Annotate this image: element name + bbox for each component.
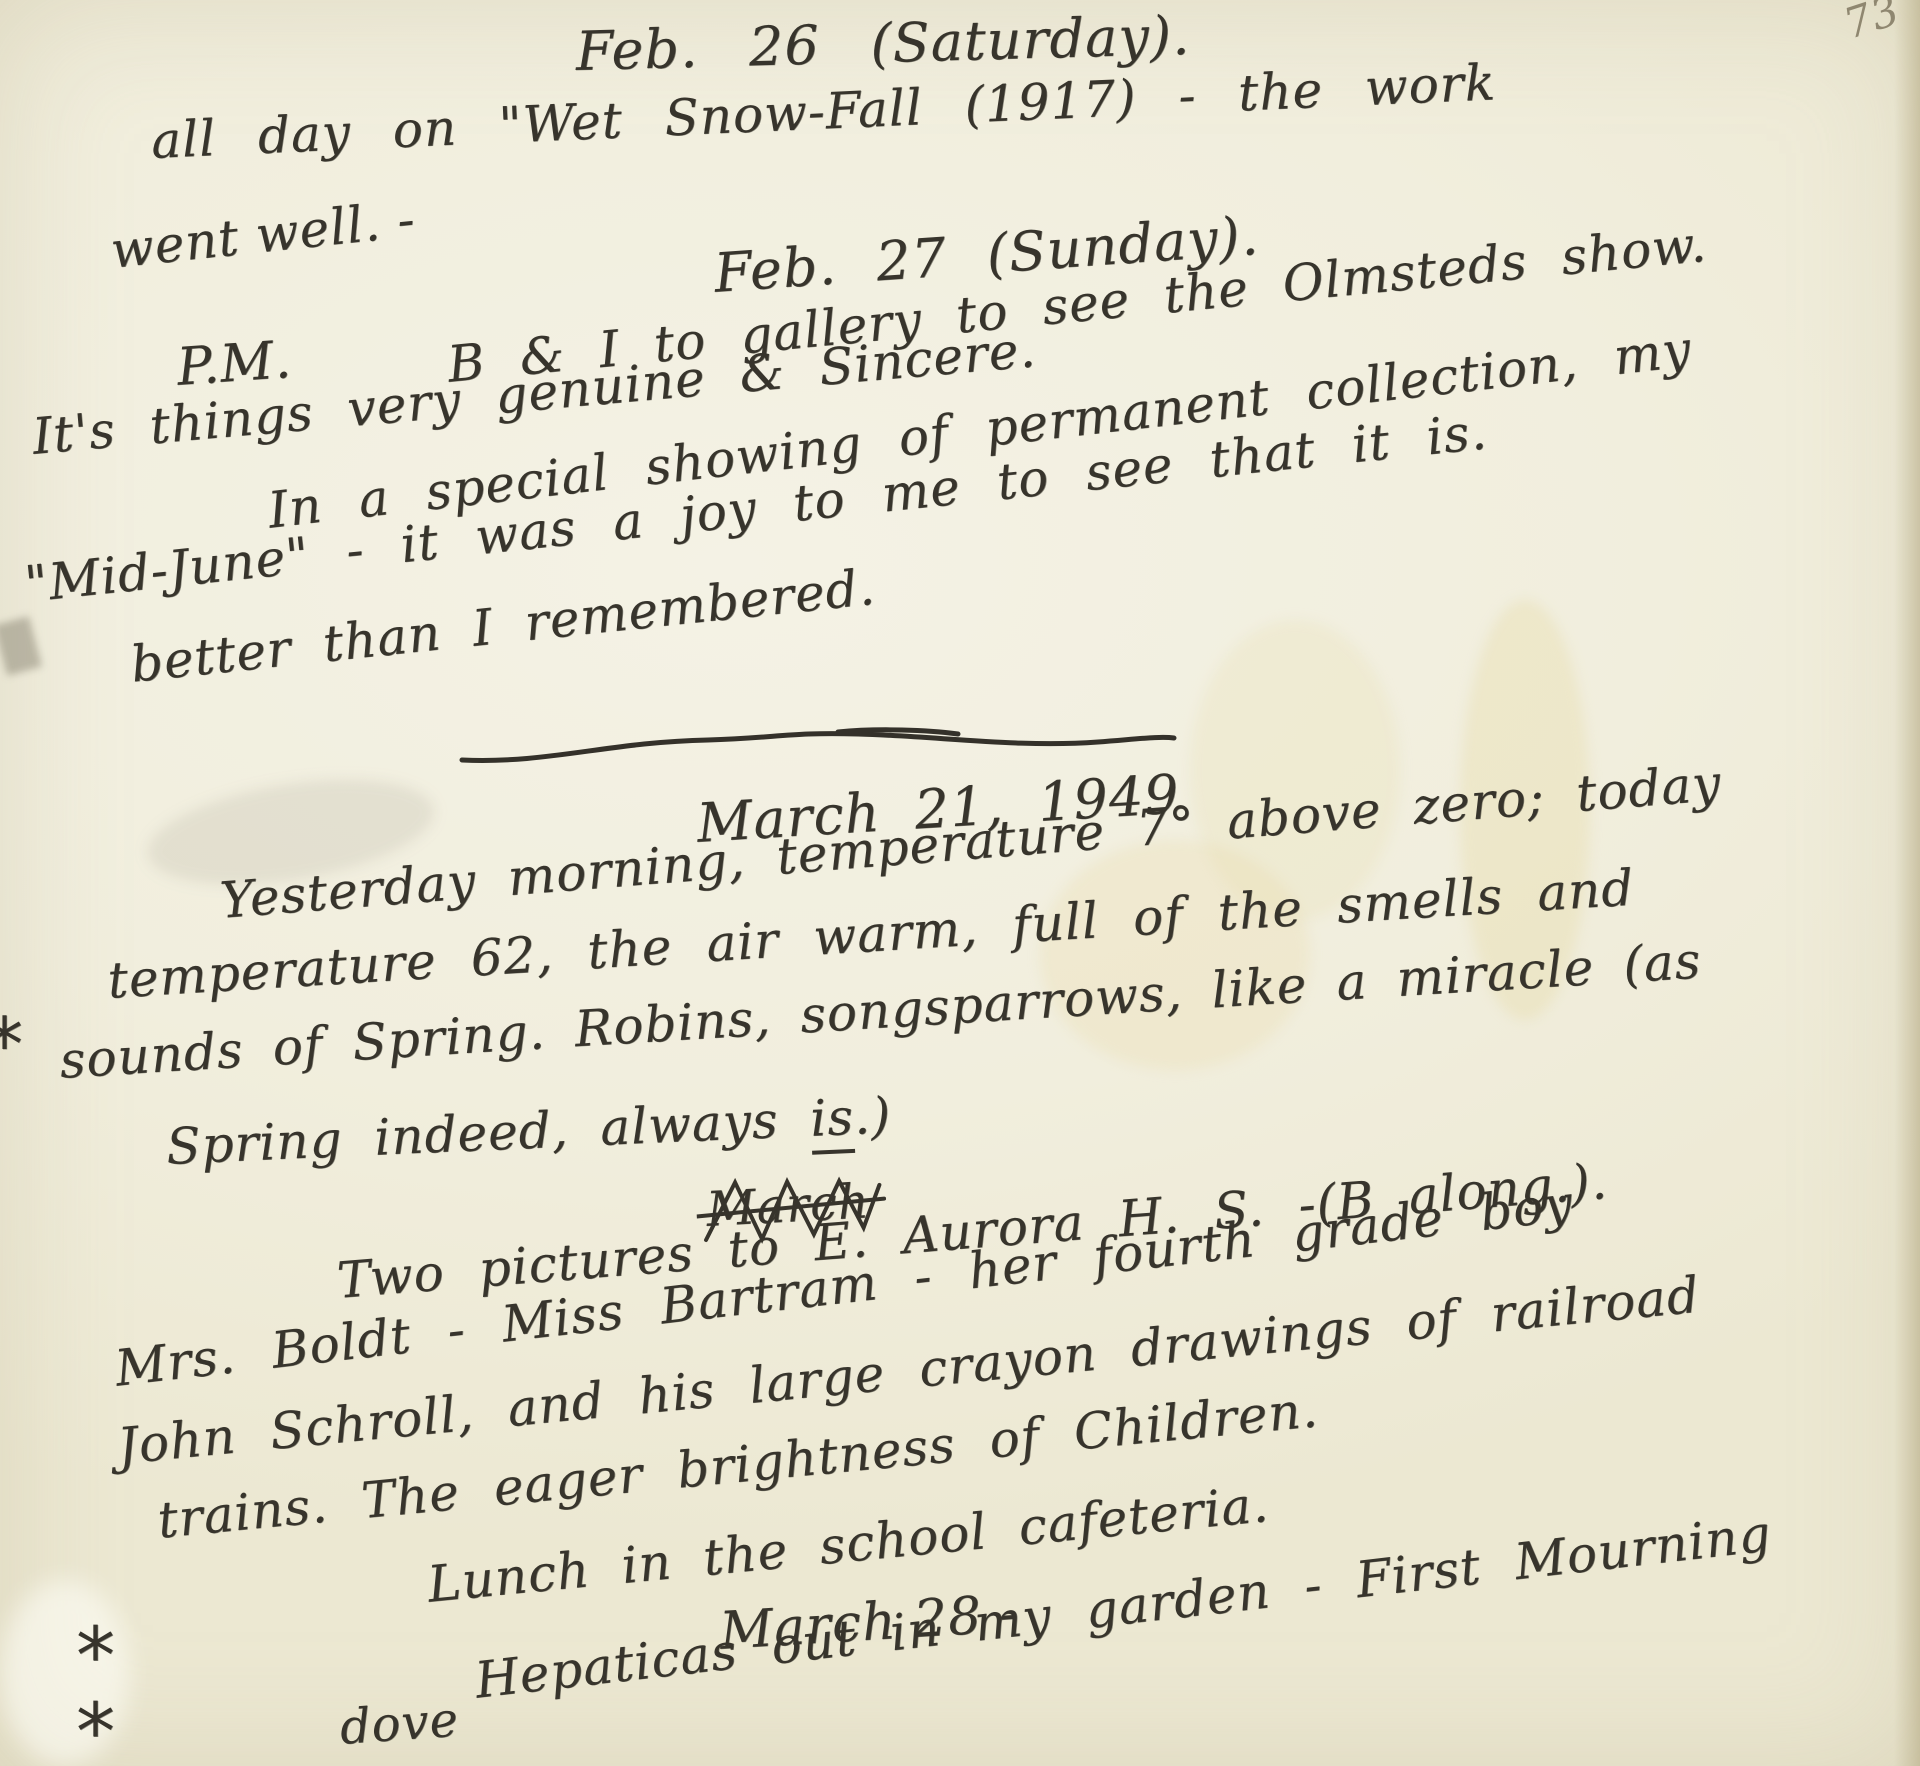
line-spring-indeed-post: .) bbox=[853, 1086, 893, 1146]
handdrawn-divider-line bbox=[458, 714, 1178, 770]
margin-asterisk: * bbox=[76, 1618, 117, 1696]
line-spring-indeed-pre: Spring indeed, always bbox=[165, 1090, 812, 1176]
graphite-smudge bbox=[0, 616, 42, 676]
paper-emboss-mark bbox=[1040, 840, 1310, 1070]
margin-asterisk: * bbox=[76, 1694, 117, 1766]
underlined-word-is: is bbox=[809, 1088, 855, 1155]
journal-page-scan: 73 Feb. 26 (Saturday). all day on "Wet S… bbox=[0, 0, 1920, 1766]
page-number: 73 bbox=[1838, 0, 1906, 49]
page-edge-shading bbox=[1894, 0, 1920, 1766]
line-went-well: went well. - bbox=[108, 190, 418, 280]
line-dove: dove bbox=[338, 1692, 461, 1756]
margin-asterisk: * bbox=[0, 1008, 24, 1082]
line-spring-indeed: Spring indeed, always is.) bbox=[165, 1086, 893, 1176]
